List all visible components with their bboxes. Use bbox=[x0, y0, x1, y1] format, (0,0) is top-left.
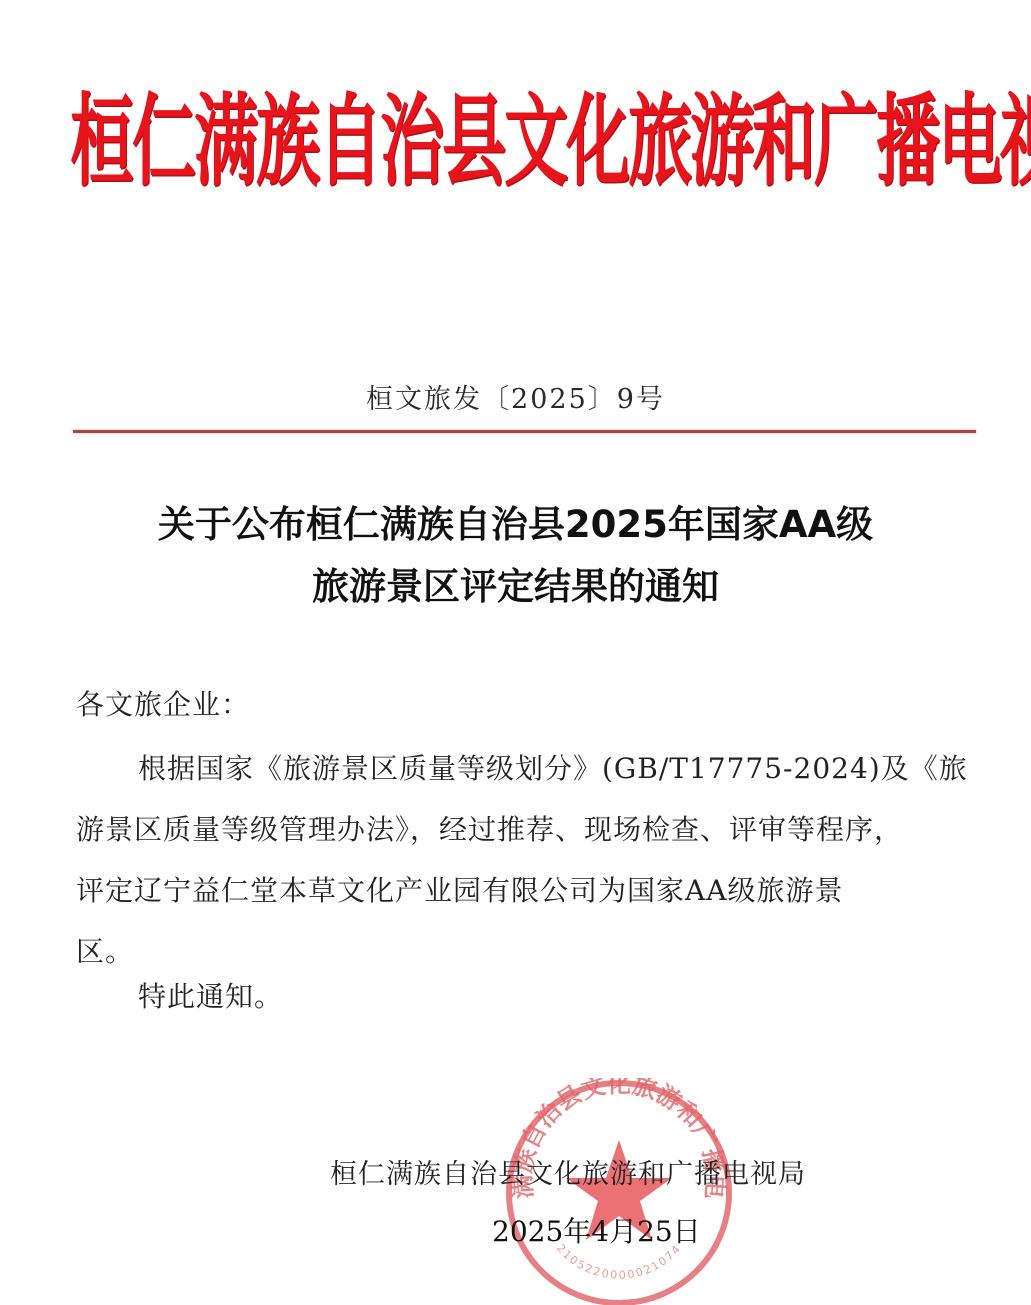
notice-title-line-1: 关于公布桓仁满族自治县2025年国家AA级 bbox=[0, 494, 1031, 556]
issuer-header-title: 桓仁满族自治县文化旅游和广播电视局 bbox=[70, 42, 1000, 244]
notice-title: 关于公布桓仁满族自治县2025年国家AA级 旅游景区评定结果的通知 bbox=[0, 494, 1031, 618]
official-seal-stamp: 桓仁满族自治县文化旅游和广播电视局 2105220000021074 bbox=[504, 1078, 734, 1305]
salutation: 各文旅企业： bbox=[76, 683, 250, 723]
signature-date: 2025年4月25日 bbox=[492, 1210, 701, 1250]
body-line-2: 游景区质量等级管理办法》，经过推荐、现场检查、评审等程序， bbox=[76, 799, 976, 860]
notice-title-line-2: 旅游景区评定结果的通知 bbox=[0, 556, 1031, 618]
closing-remark: 特此通知。 bbox=[138, 975, 283, 1015]
document-number: 桓文旅发〔2025〕9号 bbox=[0, 377, 1031, 416]
signature-organization: 桓仁满族自治县文化旅游和广播电视局 bbox=[330, 1152, 806, 1191]
body-line-3: 评定辽宁益仁堂本草文化产业园有限公司为国家AA级旅游景 bbox=[76, 860, 976, 921]
body-line-1: 根据国家《旅游景区质量等级划分》(GB/T17775-2024)及《旅 bbox=[76, 738, 976, 799]
body-line-4: 区。 bbox=[76, 921, 976, 982]
body-paragraph: 根据国家《旅游景区质量等级划分》(GB/T17775-2024)及《旅 游景区质… bbox=[76, 738, 976, 982]
red-separator-line bbox=[73, 430, 976, 433]
